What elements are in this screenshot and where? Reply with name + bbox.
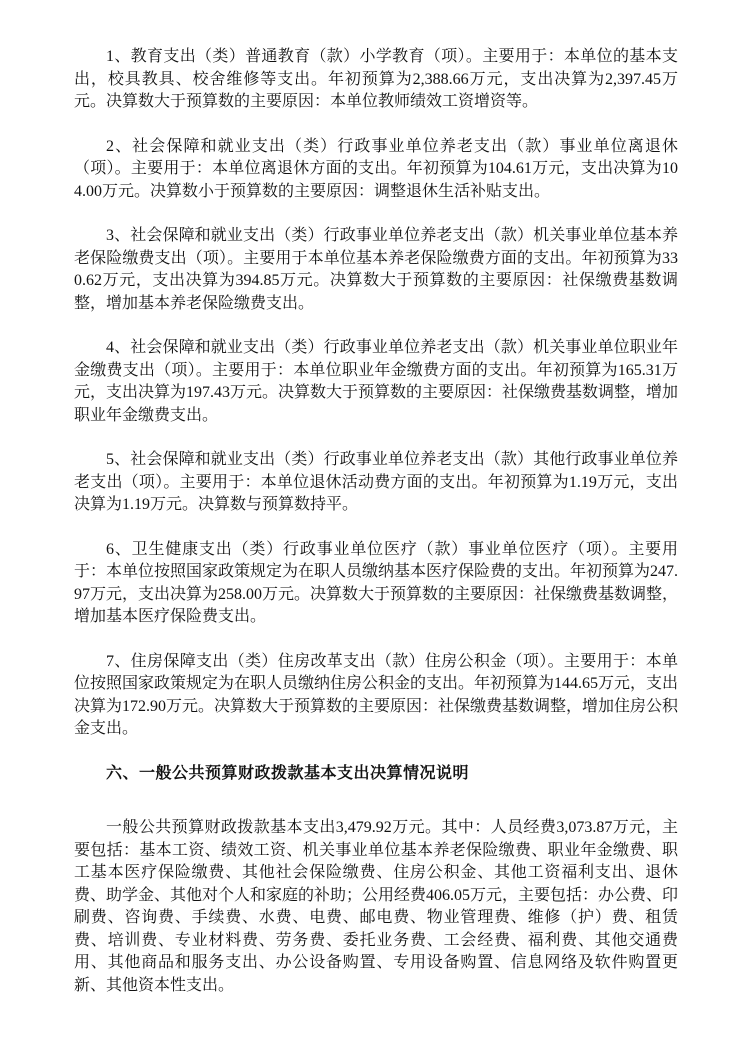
document-page: 1、教育支出（类）普通教育（款）小学教育（项）。主要用于：本单位的基本支出，校具… — [0, 0, 750, 1061]
expenditure-item-6-health: 6、卫生健康支出（类）行政事业单位医疗（款）事业单位医疗（项）。主要用于：本单位… — [74, 539, 678, 629]
expenditure-item-7-housing: 7、住房保障支出（类）住房改革支出（款）住房公积金（项）。主要用于：本单位按照国… — [74, 651, 678, 741]
expenditure-item-5-other-pension: 5、社会保障和就业支出（类）行政事业单位养老支出（款）其他行政事业单位养老支出（… — [74, 449, 678, 517]
expenditure-item-4-annuity: 4、社会保障和就业支出（类）行政事业单位养老支出（款）机关事业单位职业年金缴费支… — [74, 337, 678, 427]
expenditure-item-3-basic-pension: 3、社会保障和就业支出（类）行政事业单位养老支出（款）机关事业单位基本养老保险缴… — [74, 225, 678, 315]
expenditure-item-1-education: 1、教育支出（类）普通教育（款）小学教育（项）。主要用于：本单位的基本支出，校具… — [74, 46, 678, 114]
section-heading-basic-expenditure: 六、一般公共预算财政拨款基本支出决算情况说明 — [74, 763, 678, 786]
expenditure-item-2-retirement: 2、社会保障和就业支出（类）行政事业单位养老支出（款）事业单位离退休（项）。主要… — [74, 136, 678, 204]
basic-expenditure-summary-paragraph: 一般公共预算财政拨款基本支出3,479.92万元。其中：人员经费3,073.87… — [74, 817, 678, 997]
